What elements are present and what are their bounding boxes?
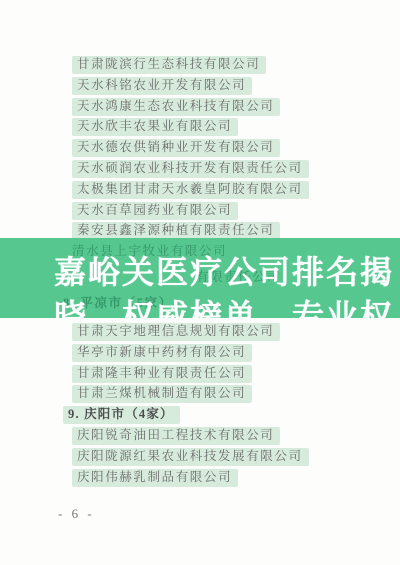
line-highlight: 甘肃隆丰种业有限责任公司 xyxy=(72,365,252,383)
company-line: 庆阳锐奇油田工程技术有限公司 xyxy=(0,426,400,447)
line-highlight: 甘肃兰煤机械制造有限公司 xyxy=(72,385,252,403)
company-line: 太极集团甘肃天水羲皇阿胶有限公司 xyxy=(0,180,400,201)
company-line: 甘肃陇滨行生态科技有限公司 xyxy=(0,55,400,76)
company-line: 庆阳伟赫乳制品有限公司 xyxy=(0,468,400,489)
company-list-top: 甘肃陇滨行生态科技有限公司天水科铭农业开发有限公司天水鸿康生态农业科技有限公司天… xyxy=(0,55,400,242)
banner-title-line-1: 嘉峪关医疗公司排名揭 xyxy=(54,247,394,293)
line-highlight: 庆阳锐奇油田工程技术有限公司 xyxy=(72,427,280,445)
company-line: 甘肃隆丰种业有限责任公司 xyxy=(0,364,400,385)
company-line: 天水鸿康生态农业科技有限公司 xyxy=(0,97,400,118)
line-highlight: 天水德农供销种业开发有限公司 xyxy=(72,139,280,157)
line-highlight: 太极集团甘肃天水羲皇阿胶有限公司 xyxy=(72,181,309,199)
banner-title-line-2: 晓，权威榜单，专业权 xyxy=(54,291,394,318)
line-highlight: 天水鸿康生态农业科技有限公司 xyxy=(72,98,280,116)
line-highlight: 天水百草园药业有限公司 xyxy=(72,202,238,220)
company-line: 天水欣丰农果业有限公司 xyxy=(0,117,400,138)
company-list-bottom: 甘肃天宇地理信息规划有限公司华亭市新康中药材有限公司甘肃隆丰种业有限责任公司甘肃… xyxy=(0,322,400,488)
line-highlight: 天水硕润农业科技开发有限责任公司 xyxy=(72,160,309,178)
page-number: - 6 - xyxy=(58,506,95,522)
line-highlight: 天水欣丰农果业有限公司 xyxy=(72,118,238,136)
company-line: 甘肃天宇地理信息规划有限公司 xyxy=(0,322,400,343)
promo-banner[interactable]: 清水县上宇牧业有限公司有限责任公司8. 平凉市（5家） 嘉峪关医疗公司排名揭 晓… xyxy=(0,238,400,318)
line-highlight: 天水科铭农业开发有限公司 xyxy=(72,77,252,95)
line-highlight: 庆阳伟赫乳制品有限公司 xyxy=(72,469,238,487)
company-line: 华亭市新康中药材有限公司 xyxy=(0,343,400,364)
company-line: 天水德农供销种业开发有限公司 xyxy=(0,138,400,159)
company-line: 天水硕润农业科技开发有限责任公司 xyxy=(0,159,400,180)
line-highlight: 9. 庆阳市（4家） xyxy=(63,406,180,424)
line-highlight: 甘肃陇滨行生态科技有限公司 xyxy=(72,56,266,74)
company-line: 天水百草园药业有限公司 xyxy=(0,201,400,222)
line-highlight: 甘肃天宇地理信息规划有限公司 xyxy=(72,323,280,341)
company-line: 天水科铭农业开发有限公司 xyxy=(0,76,400,97)
line-highlight: 华亭市新康中药材有限公司 xyxy=(72,344,252,362)
company-line: 甘肃兰煤机械制造有限公司 xyxy=(0,384,400,405)
section-heading: 9. 庆阳市（4家） xyxy=(0,405,400,426)
document-page: 甘肃陇滨行生态科技有限公司天水科铭农业开发有限公司天水鸿康生态农业科技有限公司天… xyxy=(0,0,400,565)
line-highlight: 庆阳陇源红果农业科技发展有限公司 xyxy=(72,448,309,466)
company-line: 庆阳陇源红果农业科技发展有限公司 xyxy=(0,447,400,468)
